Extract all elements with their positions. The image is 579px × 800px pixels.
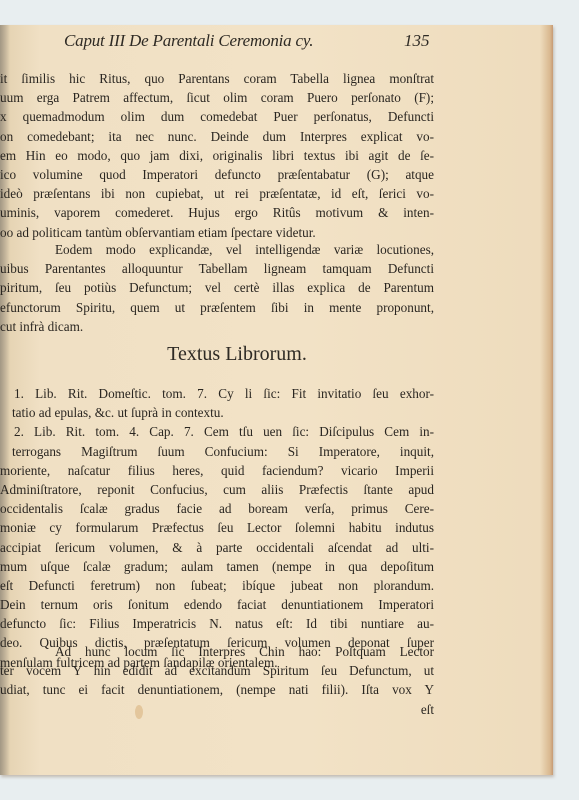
paragraph-2: Eodem modo explicandæ, vel intelligendæ … [0,240,434,336]
text-line: on comedebant; ita nec nunc. Deinde dum … [0,127,434,146]
citation-line: eſt Defuncti feretrum) non ſubeat; ibíqu… [0,576,434,595]
text-line: oo ad politicam tantùm obſervantiam etia… [0,223,434,242]
citation-line: terrogans Magiſtrum ſuum Confucium: Si I… [0,442,434,461]
citation-line: defuncto ſic: Filius Imperatricis N. nat… [0,614,434,633]
paragraph-3: Ad hunc locum ſic Interpres Chin hao: Po… [0,642,434,719]
citation-line: tatio ad epulas, &c. ut ſuprà in context… [0,403,434,422]
text-line: ideò præſentans ibi non cupiebat, ut rei… [0,184,434,203]
citation-line: 2. Lib. Rit. tom. 4. Cap. 7. Cem tſu uen… [0,422,434,441]
citation-line: mum uſque ſcalæ gradum; aulam tamen (nem… [0,557,434,576]
citation-line: 1. Lib. Rit. Domeſtic. tom. 7. Cy li ſic… [0,384,434,403]
section-heading: Textus Librorum. [0,343,434,366]
text-line: piritum, ſeu potiùs Defunctum; vel certè… [0,278,434,297]
text-line: cut infrà dicam. [0,317,434,336]
text-line: uminis, vaporem comederet. Hujus ergo Ri… [0,203,434,222]
citation-line: moniæ cy formularum Præfectus ſeu Lector… [0,518,434,537]
citation-line: moriente, naſcatur filius heres, quid fa… [0,461,434,480]
citations-block: 1. Lib. Rit. Domeſtic. tom. 7. Cy li ſic… [0,384,434,672]
paragraph-1: it ſimilis hic Ritus, quo Parentans cora… [0,69,434,242]
text-line: it ſimilis hic Ritus, quo Parentans cora… [0,69,434,88]
text-line: ico volumine quod Imperatori defuncto pr… [0,165,434,184]
text-line: em Hin eo modo, quo jam dixi, originalis… [0,146,434,165]
text-line: Eodem modo explicandæ, vel intelligendæ … [0,240,434,259]
text-line: efunctorum Spiritu, quem ut præſentem ſi… [0,298,434,317]
citation-line: Adminiſtratore, reponit Confucius, cum a… [0,480,434,499]
text-line: x quemadmodum olim dum comedebat Puer pe… [0,107,434,126]
text-line: ter vocem Y hin edidit ad excitandum Spi… [0,661,434,680]
text-line: uum erga Patrem affectum, ſicut olim cor… [0,88,434,107]
citation-line: occidentalis ſcalæ gradus facie ad borea… [0,499,434,518]
chapter-title: Caput III De Parentali Ceremonia cy. [64,31,313,51]
running-head: Caput III De Parentali Ceremonia cy. 135 [0,31,553,55]
citation-line: accipiat ſericum volumen, & à parte occi… [0,538,434,557]
citation-line: Dein ternum oris ſonitum edendo faciat d… [0,595,434,614]
text-line: uibus Parentantes alloquuntur Tabellam l… [0,259,434,278]
text-line: Ad hunc locum ſic Interpres Chin hao: Po… [0,642,434,661]
text-line: udiat, tunc ei facit denuntiationem, (ne… [0,680,434,699]
page-number: 135 [404,31,430,51]
catchword: eſt [0,700,434,719]
